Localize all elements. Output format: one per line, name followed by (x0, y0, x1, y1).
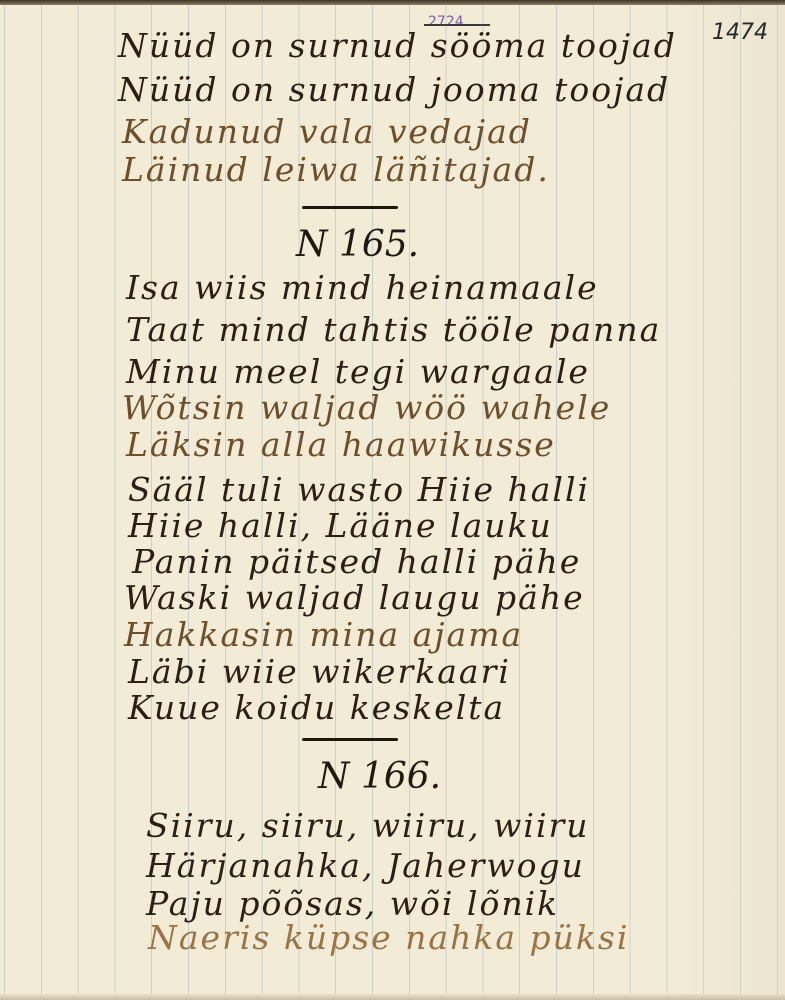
verse-line: Taat mind tahtis tööle panna (126, 310, 661, 349)
verse-line: Nüüd on surnud sööma toojad (118, 26, 677, 65)
page-bottom-edge (0, 994, 785, 1000)
song-heading-166: N 166. (318, 756, 441, 797)
page-top-edge (0, 0, 785, 5)
verse-line: Läksin alla haawikusse (126, 425, 556, 464)
verse-line: Nüüd on surnud jooma toojad (118, 70, 670, 109)
verse-line: Läinud leiwa läñitajad. (122, 150, 550, 189)
verse-line: Kuue koidu keskelta (128, 688, 505, 727)
section-divider (302, 206, 398, 209)
verse-line: Panin päitsed halli pähe (132, 542, 581, 581)
verse-line: Isa wiis mind heinamaale (126, 268, 599, 307)
page-number: 1474 (712, 20, 768, 45)
verse-line: Hiie halli, Lääne lauku (128, 506, 553, 545)
verse-line: Sääl tuli wasto Hiie halli (128, 470, 590, 509)
section-divider (302, 738, 398, 741)
song-heading-165: N 165. (296, 224, 419, 265)
verse-line: Härjanahka, Jaherwogu (146, 846, 585, 885)
verse-line: Wõtsin waljad wöö wahele (122, 388, 611, 427)
verse-line: Kadunud vala vedajad (122, 112, 532, 151)
verse-line: Waski waljad laugu pähe (124, 578, 585, 617)
verse-line: Hakkasin mina ajama (124, 615, 523, 654)
verse-line: Minu meel tegi wargaale (126, 352, 590, 391)
verse-line: Naeris küpse nahka püksi (148, 918, 629, 957)
verse-line: Siiru, siiru, wiiru, wiiru (146, 806, 590, 845)
verse-line: Läbi wiie wikerkaari (128, 652, 511, 691)
